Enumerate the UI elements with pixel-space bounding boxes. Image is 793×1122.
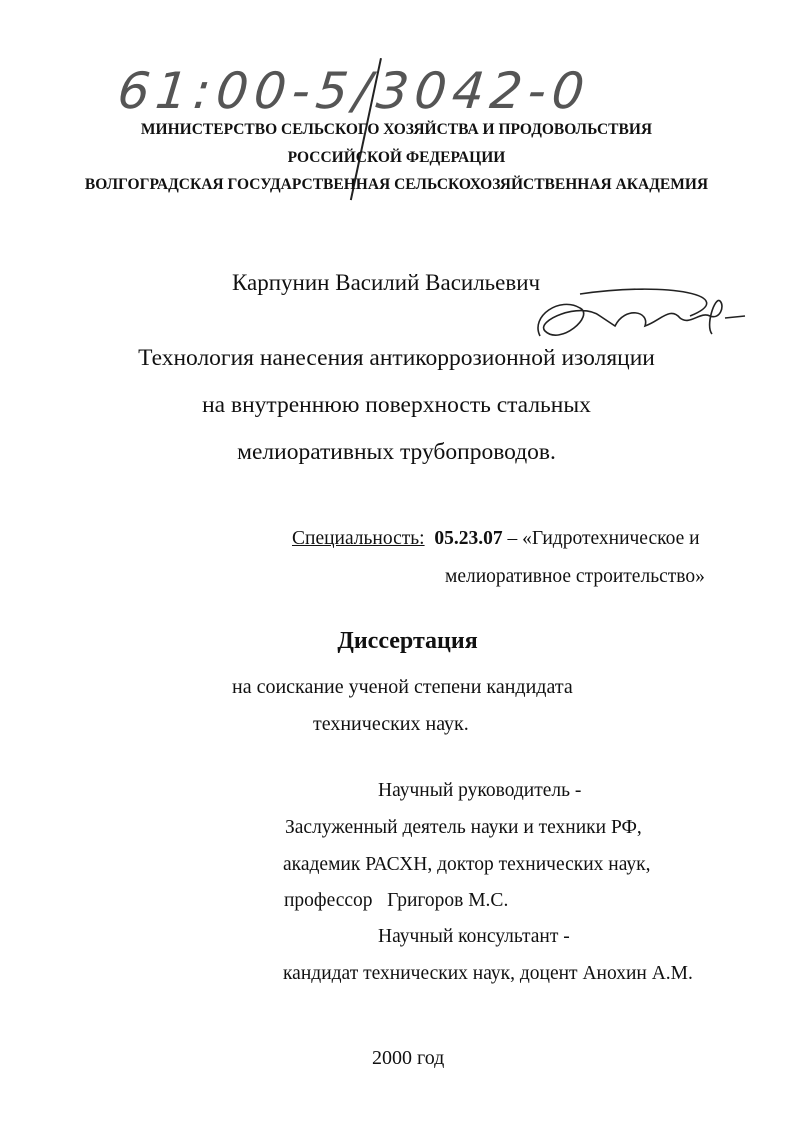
specialty-name-2: мелиоративное строительство»: [445, 566, 705, 588]
specialty-line: Специальность: 05.23.07 – «Гидротехничес…: [292, 528, 700, 550]
degree-line-1: на соискание ученой степени кандидата: [232, 676, 573, 699]
supervisor-label: Научный руководитель -: [378, 780, 581, 802]
ministry-line: МИНИСТЕРСТВО СЕЛЬСКОГО ХОЗЯЙСТВА И ПРОДО…: [0, 121, 793, 139]
academy-line: ВОЛГОГРАДСКАЯ ГОСУДАРСТВЕННАЯ СЕЛЬСКОХОЗ…: [0, 176, 793, 194]
consultant-line-1: кандидат технических наук, доцент Анохин…: [283, 963, 693, 985]
specialty-name-1: «Гидротехническое и: [522, 528, 699, 549]
year: 2000 год: [372, 1047, 444, 1070]
degree-line-2: технических наук.: [313, 713, 469, 736]
document-type: Диссертация: [0, 628, 793, 655]
thesis-title-line-2: на внутреннюю поверхность стальных: [0, 392, 793, 419]
supervisor-line-1: Заслуженный деятель науки и техники РФ,: [285, 817, 642, 839]
author-name: Карпунин Василий Васильевич: [232, 270, 540, 296]
archive-stamp-number: 61:00-5/3042-0: [115, 62, 593, 120]
specialty-dash: –: [503, 528, 523, 549]
federation-line: РОССИЙСКОЙ ФЕДЕРАЦИИ: [0, 149, 793, 167]
supervisor-line-3: профессор Григоров М.С.: [284, 890, 508, 912]
specialty-label: Специальность:: [292, 528, 425, 549]
thesis-title-line-3: мелиоративных трубопроводов.: [0, 439, 793, 466]
supervisor-line-2: академик РАСХН, доктор технических наук,: [283, 854, 650, 876]
consultant-label: Научный консультант -: [378, 926, 570, 948]
thesis-title-line-1: Технология нанесения антикоррозионной из…: [0, 345, 793, 372]
specialty-code: 05.23.07: [434, 528, 502, 549]
